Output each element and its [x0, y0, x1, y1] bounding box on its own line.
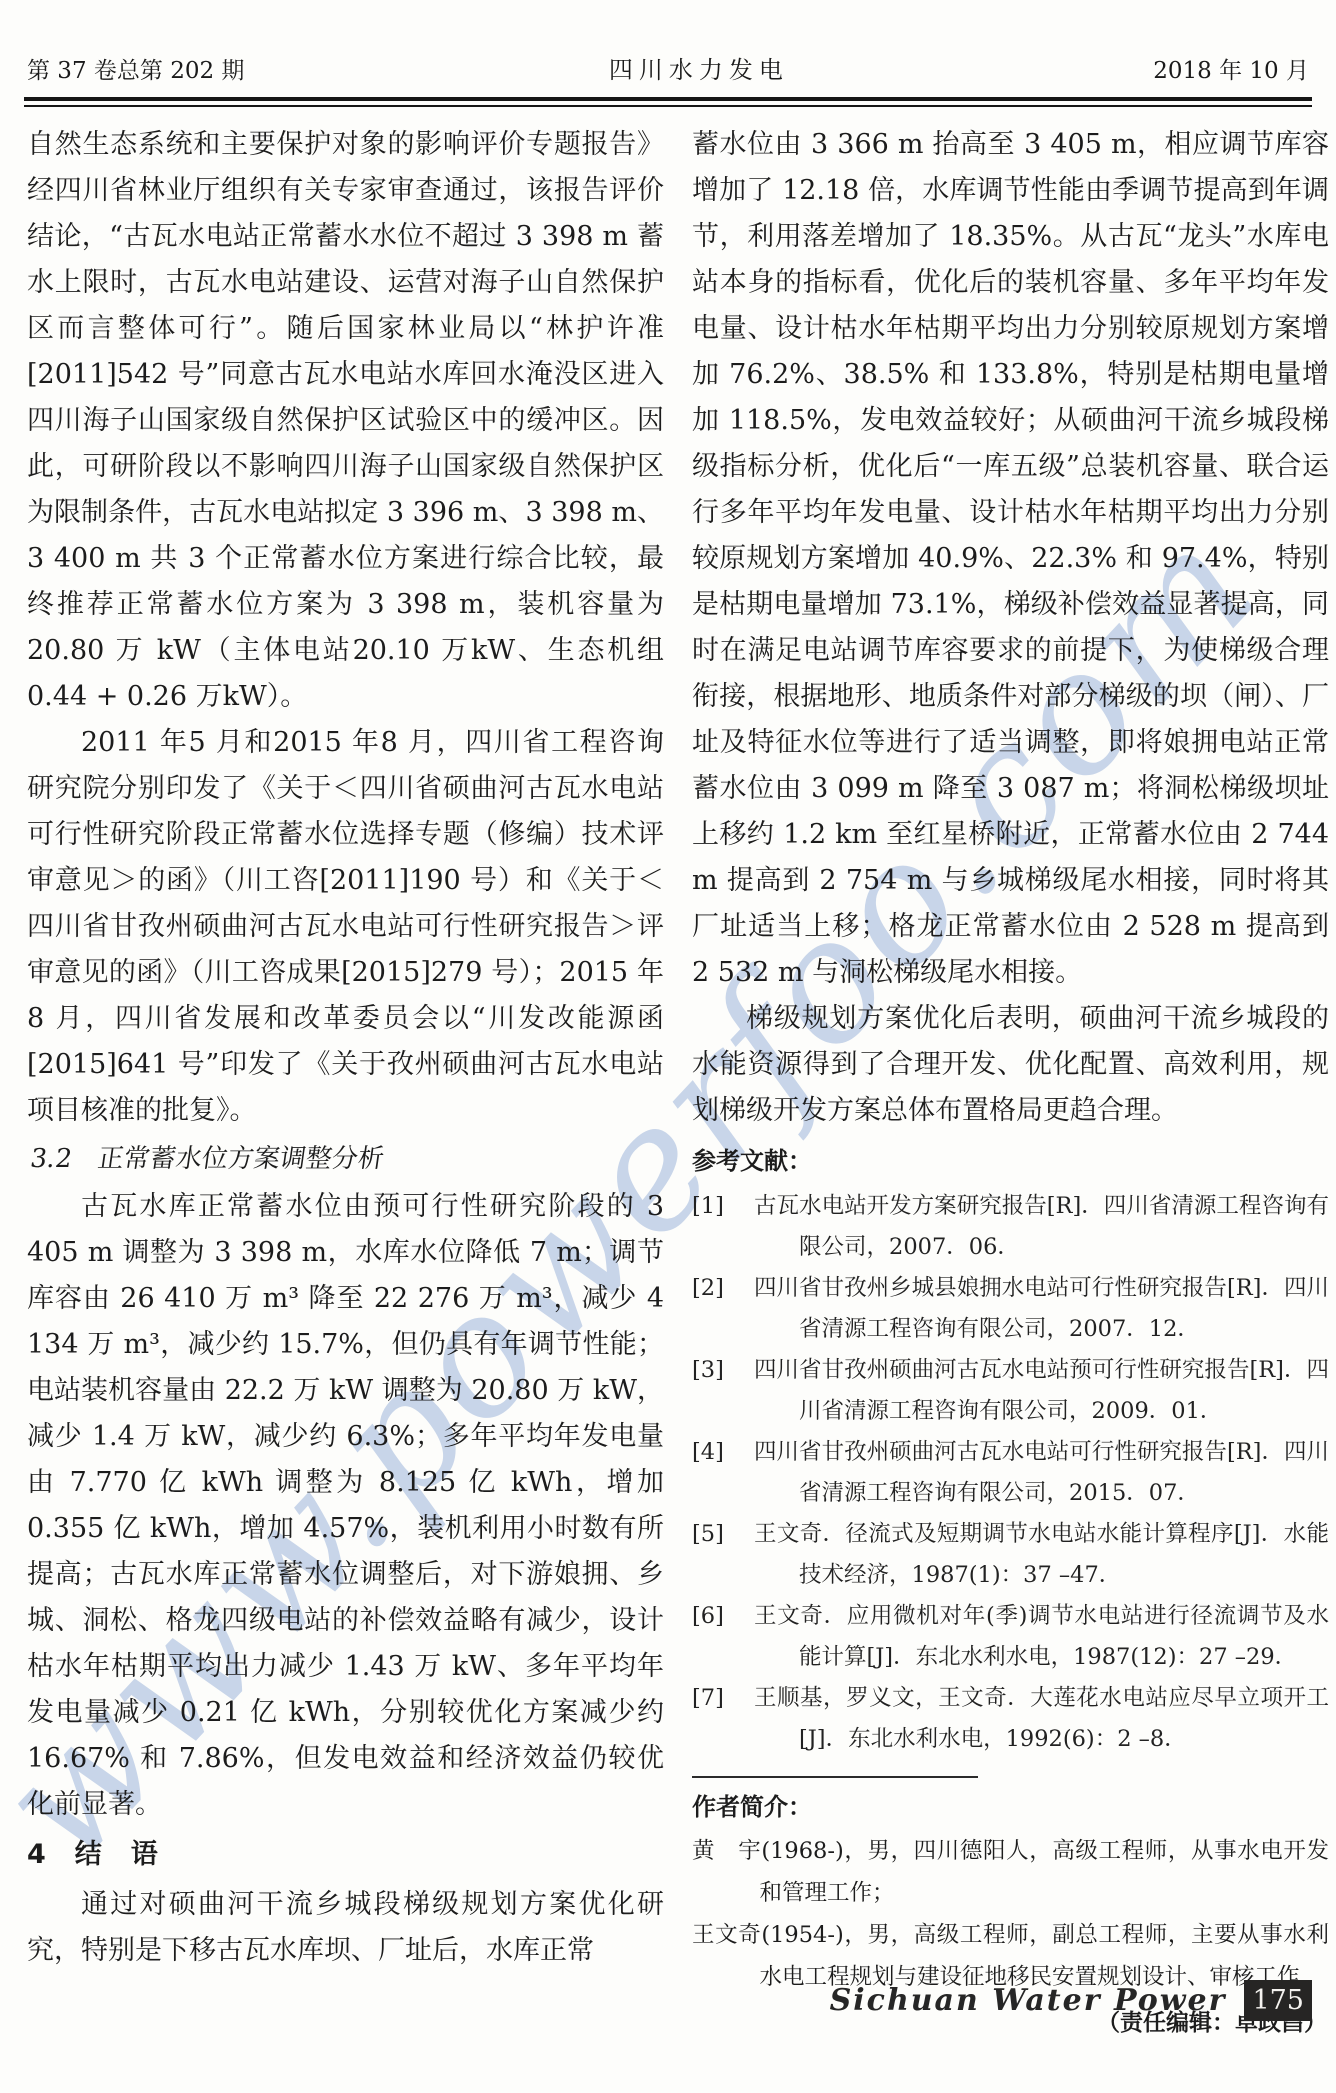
- reference-number: [5]: [692, 1514, 754, 1596]
- page-number-badge: 175: [1244, 1980, 1312, 2021]
- reference-number: [7]: [692, 1678, 754, 1760]
- header-journal-title: 四川水力发电: [609, 50, 789, 85]
- reference-text: 四川省甘孜州硕曲河古瓦水电站可行性研究报告[R]．四川省清源工程咨询有限公司，2…: [754, 1432, 1329, 1514]
- reference-item: [1]古瓦水电站开发方案研究报告[R]．四川省清源工程咨询有限公司，2007．0…: [692, 1186, 1329, 1268]
- reference-item: [7]王顺基，罗义文，王文奇．大莲花水电站应尽早立项开工[J]．东北水利水电，1…: [692, 1678, 1329, 1760]
- reference-item: [5]王文奇．径流式及短期调节水电站水能计算程序[J]．水能技术经济，1987(…: [692, 1514, 1329, 1596]
- left-column: 自然生态系统和主要保护对象的影响评价专题报告》经四川省林业厅组织有关专家审查通过…: [27, 122, 664, 2048]
- author-bio-entry: 黄 宇(1968-)，男，四川德阳人，高级工程师，从事水电开发和管理工作；: [692, 1830, 1329, 1914]
- right-column: 蓄水位由 3 366 m 抬高至 3 405 m，相应调节库容增加了 12.18…: [692, 122, 1329, 2048]
- reference-item: [2]四川省甘孜州乡城县娘拥水电站可行性研究报告[R]．四川省清源工程咨询有限公…: [692, 1268, 1329, 1350]
- page-footer: Sichuan Water Power 175: [830, 1980, 1312, 2021]
- paragraph-continuation: 蓄水位由 3 366 m 抬高至 3 405 m，相应调节库容增加了 12.18…: [692, 122, 1329, 996]
- paragraph: 2011 年5 月和2015 年8 月，四川省工程咨询研究院分别印发了《关于＜四…: [27, 720, 664, 1134]
- reference-text: 王顺基，罗义文，王文奇．大莲花水电站应尽早立项开工[J]．东北水利水电，1992…: [754, 1678, 1329, 1760]
- paragraph: 梯级规划方案优化后表明，硕曲河干流乡城段的水能资源得到了合理开发、优化配置、高效…: [692, 996, 1329, 1134]
- journal-paper-page: www.powerfoo.com 第 37 卷总第 202 期 四川水力发电 2…: [0, 0, 1336, 2093]
- paragraph: 古瓦水库正常蓄水位由预可行性研究阶段的 3 405 m 调整为 3 398 m，…: [27, 1184, 664, 1828]
- reference-item: [4]四川省甘孜州硕曲河古瓦水电站可行性研究报告[R]．四川省清源工程咨询有限公…: [692, 1432, 1329, 1514]
- reference-text: 古瓦水电站开发方案研究报告[R]．四川省清源工程咨询有限公司，2007．06．: [754, 1186, 1329, 1268]
- paragraph: 通过对硕曲河干流乡城段梯级规划方案优化研究，特别是下移古瓦水库坝、厂址后，水库正…: [27, 1882, 664, 1974]
- reference-number: [4]: [692, 1432, 754, 1514]
- page-header: 第 37 卷总第 202 期 四川水力发电 2018 年 10 月: [27, 50, 1309, 85]
- reference-text: 王文奇．应用微机对年(季)调节水电站进行径流调节及水能计算[J]．东北水利水电，…: [754, 1596, 1329, 1678]
- reference-text: 王文奇．径流式及短期调节水电站水能计算程序[J]．水能技术经济，1987(1)：…: [754, 1514, 1329, 1596]
- references-heading: 参考文献：: [692, 1136, 1329, 1186]
- author-bio-heading: 作者简介：: [692, 1784, 1329, 1830]
- header-divider-rule: [24, 97, 1312, 107]
- article-body: 自然生态系统和主要保护对象的影响评价专题报告》经四川省林业厅组织有关专家审查通过…: [27, 122, 1329, 2048]
- section-heading-4: 4 结 语: [27, 1828, 664, 1882]
- reference-text: 四川省甘孜州乡城县娘拥水电站可行性研究报告[R]．四川省清源工程咨询有限公司，2…: [754, 1268, 1329, 1350]
- author-section-rule: [692, 1776, 978, 1778]
- reference-number: [2]: [692, 1268, 754, 1350]
- header-volume-issue: 第 37 卷总第 202 期: [27, 52, 244, 85]
- reference-item: [3]四川省甘孜州硕曲河古瓦水电站预可行性研究报告[R]．四川省清源工程咨询有限…: [692, 1350, 1329, 1432]
- reference-item: [6]王文奇．应用微机对年(季)调节水电站进行径流调节及水能计算[J]．东北水利…: [692, 1596, 1329, 1678]
- paragraph-continuation: 自然生态系统和主要保护对象的影响评价专题报告》经四川省林业厅组织有关专家审查通过…: [27, 122, 664, 720]
- header-date: 2018 年 10 月: [1153, 52, 1309, 85]
- reference-number: [6]: [692, 1596, 754, 1678]
- section-heading-3-2: 3.2 正常蓄水位方案调整分析: [27, 1134, 671, 1184]
- reference-number: [1]: [692, 1186, 754, 1268]
- reference-number: [3]: [692, 1350, 754, 1432]
- reference-text: 四川省甘孜州硕曲河古瓦水电站预可行性研究报告[R]．四川省清源工程咨询有限公司，…: [754, 1350, 1329, 1432]
- journal-name-english: Sichuan Water Power: [830, 1983, 1227, 2018]
